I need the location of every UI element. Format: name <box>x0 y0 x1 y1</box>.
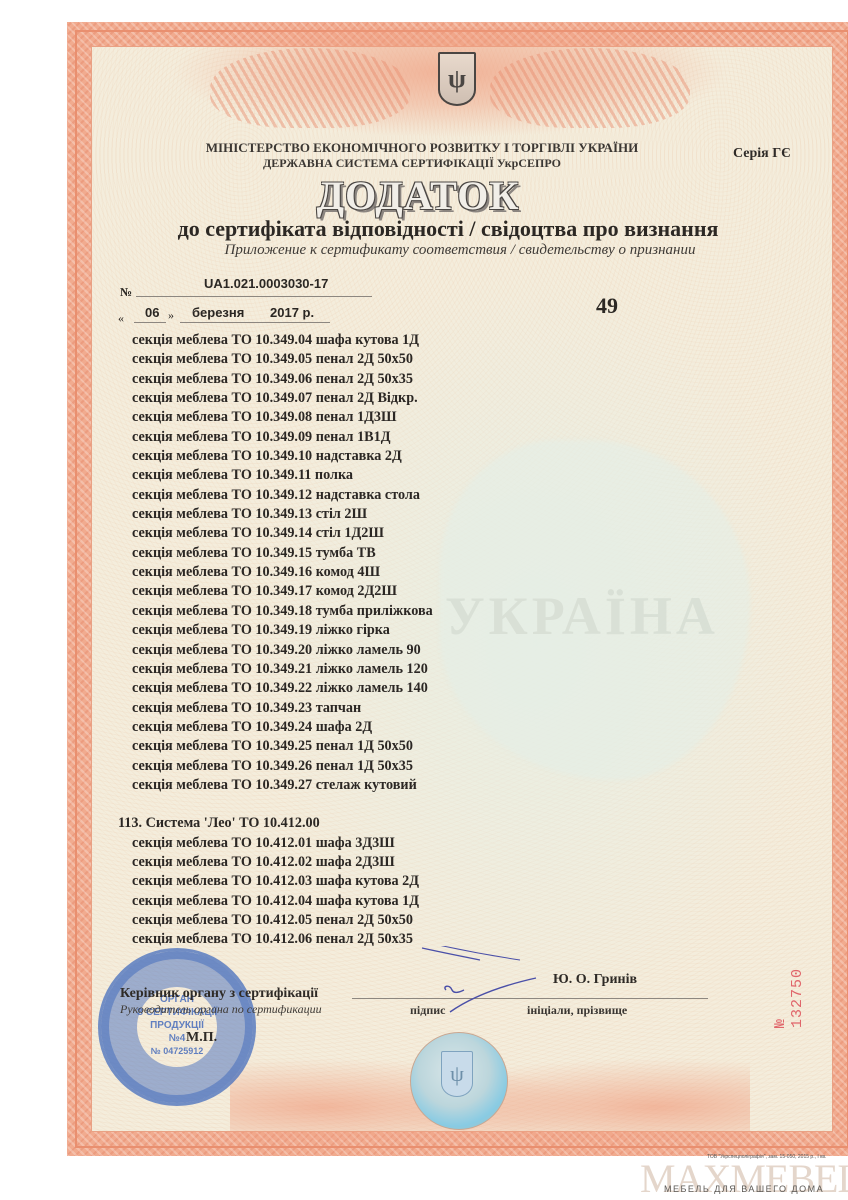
list-item: секція меблева ТО 10.349.19 ліжко гірка <box>132 621 433 640</box>
list-item: секція меблева ТО 10.349.21 ліжко ламель… <box>132 660 433 679</box>
product-list: секція меблева ТО 10.349.04 шафа кутова … <box>132 331 433 950</box>
list-item: секція меблева ТО 10.349.25 пенал 1Д 50х… <box>132 737 433 756</box>
date-year: 2017 р. <box>270 305 314 320</box>
list-item: секція меблева ТО 10.412.04 шафа кутова … <box>132 892 433 911</box>
day-underline <box>134 322 166 323</box>
document-subtitle-ru: Приложение к сертификату соответствия / … <box>36 242 848 259</box>
hologram-seal: ψ <box>410 1032 508 1130</box>
trident-icon: ψ <box>438 52 476 106</box>
date-day: 06 <box>145 305 159 320</box>
list-item: секція меблева ТО 10.349.11 полка <box>132 466 433 485</box>
handwritten-signature <box>420 946 570 1016</box>
list-item: секція меблева ТО 10.349.18 тумба приліж… <box>132 602 433 621</box>
list-item: секція меблева ТО 10.349.12 надставка ст… <box>132 486 433 505</box>
list-item: секція меблева ТО 10.349.22 ліжко ламель… <box>132 679 433 698</box>
date-month: березня <box>192 305 244 320</box>
list-item: секція меблева ТО 10.349.09 пенал 1В1Д <box>132 428 433 447</box>
page-number: 49 <box>596 293 618 319</box>
list-item: секція меблева ТО 10.349.26 пенал 1Д 50х… <box>132 757 433 776</box>
official-stamp: ОРГАН З СЕРТИФІКАЦІЇ ПРОДУКЦІЇ №4 № 0472… <box>98 948 256 1106</box>
list-item: секція меблева ТО 10.349.23 тапчан <box>132 699 433 718</box>
list-item: секція меблева ТО 10.349.14 стіл 1Д2Ш <box>132 524 433 543</box>
watermark-word: УКРАЇНА <box>445 585 719 647</box>
list-item: секція меблева ТО 10.349.05 пенал 2Д 50х… <box>132 350 433 369</box>
stamp-place-label: М.П. <box>186 1030 217 1046</box>
list-item: секція меблева ТО 10.349.27 стелаж кутов… <box>132 776 433 795</box>
printer-imprint: ТОВ "Укрспецполіграфія", зам. 15-050, 20… <box>707 1154 826 1160</box>
list-item: секція меблева ТО 10.349.08 пенал 1Д3Ш <box>132 408 433 427</box>
list-item: секція меблева ТО 10.349.24 шафа 2Д <box>132 718 433 737</box>
list-item: секція меблева ТО 10.349.20 ліжко ламель… <box>132 641 433 660</box>
certification-system: ДЕРЖАВНА СИСТЕМА СЕРТИФІКАЦІЇ УкрСЕПРО <box>0 156 836 171</box>
month-underline <box>180 322 330 323</box>
document-subtitle: до сертифіката відповідності / свідоцтва… <box>24 216 848 242</box>
trident-icon: ψ <box>441 1051 473 1097</box>
certificate-number: UA1.021.0003030-17 <box>204 276 328 291</box>
series-label: Серія ГЄ <box>733 146 791 162</box>
list-spacer <box>132 795 433 814</box>
list-item: секція меблева ТО 10.412.03 шафа кутова … <box>132 872 433 891</box>
list-item: секція меблева ТО 10.349.15 тумба ТВ <box>132 544 433 563</box>
list-item: секція меблева ТО 10.412.05 пенал 2Д 50х… <box>132 911 433 930</box>
signer-role-ru: Руководитель органа по сертификации <box>120 1002 322 1017</box>
list-item: секція меблева ТО 10.349.17 комод 2Д2Ш <box>132 582 433 601</box>
number-label: № <box>120 285 132 300</box>
list-item: секція меблева ТО 10.349.10 надставка 2Д <box>132 447 433 466</box>
brand-tagline: МЕБЕЛЬ ДЛЯ ВАШЕГО ДОМА <box>664 1184 824 1194</box>
list-item: секція меблева ТО 10.412.01 шафа 3Д3Ш <box>132 834 433 853</box>
page-title: ДОДАТОК <box>0 172 842 219</box>
list-item: секція меблева ТО 10.349.06 пенал 2Д 50х… <box>132 370 433 389</box>
date-open-quote: « <box>118 311 124 326</box>
number-underline <box>136 296 372 297</box>
ministry-name: МІНІСТЕРСТВО ЕКОНОМІЧНОГО РОЗВИТКУ І ТОР… <box>0 140 846 156</box>
list-item: секція меблева ТО 10.412.06 пенал 2Д 50х… <box>132 930 433 949</box>
list-item: секція меблева ТО 10.349.16 комод 4Ш <box>132 563 433 582</box>
list-item: секція меблева ТО 10.349.13 стіл 2Ш <box>132 505 433 524</box>
list-item: секція меблева ТО 10.349.07 пенал 2Д Від… <box>132 389 433 408</box>
system-heading: 113. Система 'Лео' ТО 10.412.00 <box>118 814 433 833</box>
signer-role: Керівник органу з сертифікації <box>120 986 318 1002</box>
list-item: секція меблева ТО 10.412.02 шафа 2Д3Ш <box>132 853 433 872</box>
serial-number: № 132750 <box>772 952 806 1028</box>
date-close-quote: » <box>168 308 174 323</box>
list-item: секція меблева ТО 10.349.04 шафа кутова … <box>132 331 433 350</box>
